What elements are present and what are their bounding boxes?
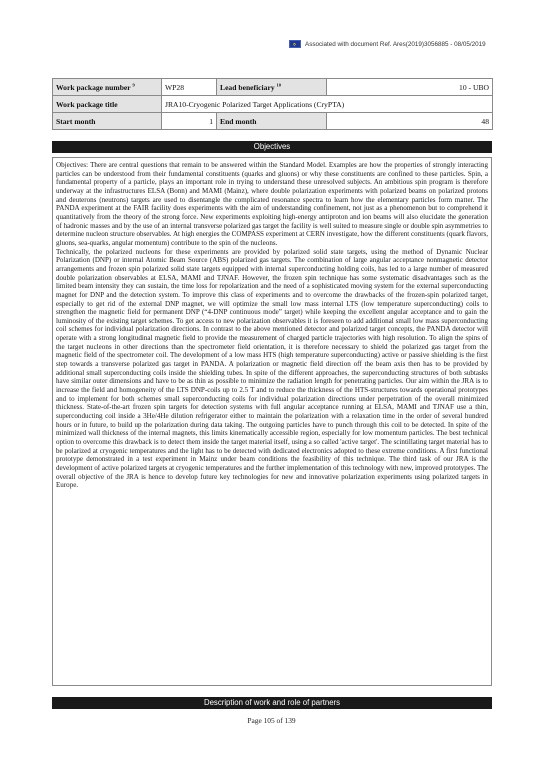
page-number: Page 105 of 139	[0, 716, 543, 725]
document-reference: Associated with document Ref. Ares(2019)…	[289, 39, 486, 49]
start-month-value: 1	[162, 113, 217, 130]
objectives-body: Objectives: There are central questions …	[52, 157, 492, 686]
end-month-label: End month	[217, 113, 327, 130]
reference-text: Associated with document Ref. Ares(2019)…	[305, 41, 486, 48]
footnote-marker: 9	[132, 82, 134, 87]
table-row: Work package title JRA10-Cryogenic Polar…	[53, 96, 493, 113]
objectives-paragraph: Technically, the polarized nucleons for …	[56, 248, 488, 490]
objectives-heading: Objectives	[52, 141, 492, 153]
work-package-number-label: Work package number 9	[53, 79, 162, 96]
objectives-paragraph: Objectives: There are central questions …	[56, 161, 488, 248]
work-package-number-value: WP28	[162, 79, 217, 96]
lead-beneficiary-label: Lead beneficiary 10	[217, 79, 327, 96]
lead-beneficiary-value: 10 - UBO	[327, 79, 493, 96]
work-package-title-value: JRA10-Cryogenic Polarized Target Applica…	[162, 96, 493, 113]
work-package-table: Work package number 9 WP28 Lead benefici…	[52, 78, 493, 130]
footnote-marker: 10	[277, 82, 282, 87]
table-row: Work package number 9 WP28 Lead benefici…	[53, 79, 493, 96]
table-row: Start month 1 End month 48	[53, 113, 493, 130]
start-month-label: Start month	[53, 113, 162, 130]
eu-flag-icon	[289, 40, 301, 48]
description-heading: Description of work and role of partners	[52, 697, 492, 709]
end-month-value: 48	[327, 113, 493, 130]
work-package-title-label: Work package title	[53, 96, 162, 113]
